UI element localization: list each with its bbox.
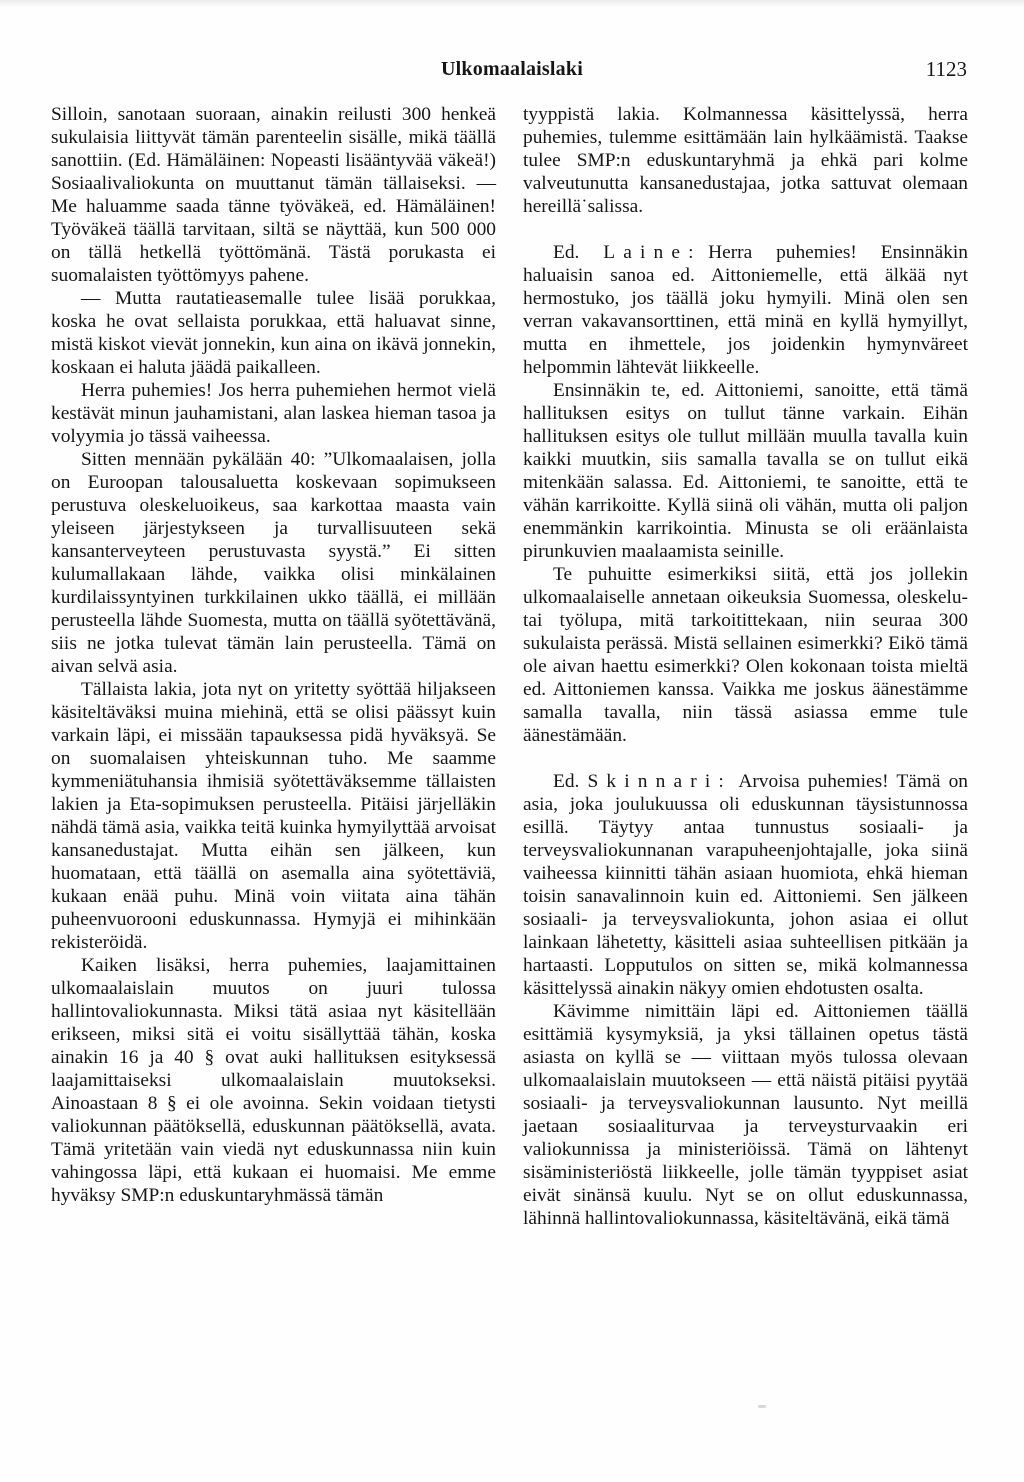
paragraph-speech: Ed. Skinnari:Arvoisa puhemies! Tämä on a… bbox=[523, 770, 968, 1000]
speaker-prefix: Ed. bbox=[553, 242, 579, 263]
paragraph: Te puhuitte esimerkiksi siitä, että jos … bbox=[523, 563, 968, 747]
paragraph: Sitten mennään pykälään 40: ”Ulkomaalais… bbox=[51, 448, 496, 678]
document-page: Ulkomaalaislaki 1123 Silloin, sanotaan s… bbox=[0, 0, 1024, 1482]
speaker-colon: : bbox=[718, 771, 723, 792]
paragraph: Ensinnäkin te, ed. Aittoniemi, sanoitte,… bbox=[523, 379, 968, 563]
paragraph: Tällaista lakia, jota nyt on yritetty sy… bbox=[51, 678, 496, 954]
left-column: Silloin, sanotaan suoraan, ainakin reilu… bbox=[51, 103, 496, 1207]
speaker-name: Ed. Laine: bbox=[553, 242, 694, 263]
paragraph: Herra puhemies! Jos herra puhemiehen her… bbox=[51, 379, 496, 448]
right-column: tyyppistä lakia. Kolmannessa käsittelyss… bbox=[523, 103, 968, 1230]
paragraph-speech: Ed. Laine:Herra puhemies! Ensinnäkin hal… bbox=[523, 241, 968, 379]
speaker-surname: Laine bbox=[603, 242, 688, 263]
speaker-name: Ed. Skinnari: bbox=[553, 771, 724, 792]
page-number: 1123 bbox=[926, 57, 967, 82]
speaker-colon: : bbox=[688, 242, 693, 263]
scan-artifact bbox=[0, 0, 1024, 7]
scan-artifact bbox=[758, 1405, 766, 1408]
paragraph: Kävimme nimittäin läpi ed. Aittoniemen t… bbox=[523, 1000, 968, 1230]
paragraph: — Mutta rautatieasemalle tulee lisää por… bbox=[51, 287, 496, 379]
paragraph: Kaiken lisäksi, herra puhemies, laajamit… bbox=[51, 954, 496, 1207]
paragraph: tyyppistä lakia. Kolmannessa käsittelyss… bbox=[523, 103, 968, 218]
speech-text: Arvoisa puhemies! Tämä on asia, joka jou… bbox=[523, 771, 968, 999]
document-title: Ulkomaalaislaki bbox=[0, 58, 1024, 81]
paragraph: Silloin, sanotaan suoraan, ainakin reilu… bbox=[51, 103, 496, 287]
speaker-prefix: Ed. bbox=[553, 771, 579, 792]
speaker-surname: Skinnari bbox=[588, 771, 719, 792]
